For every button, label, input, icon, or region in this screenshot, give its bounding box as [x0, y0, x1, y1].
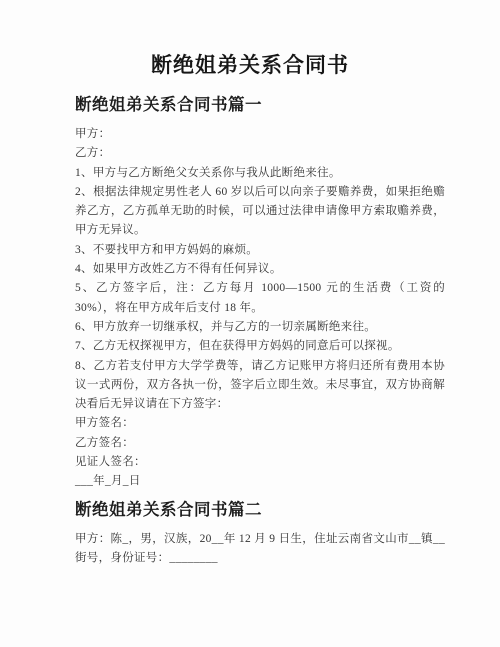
party-a-signature-line: 甲方签名：: [75, 414, 445, 433]
section-one-heading: 断绝姐弟关系合同书篇一: [75, 94, 445, 116]
party-b-label: 乙方：: [75, 144, 445, 163]
clause-7: 7、乙方无权探视甲方，但在获得甲方妈妈的同意后可以探视。: [75, 337, 445, 356]
clause-8: 8、乙方若支付甲方大学学费等，请乙方记账甲方将归还所有费用本协议一式两份，双方各…: [75, 357, 445, 415]
date-blank-line: ___年_月_日: [75, 472, 445, 491]
clause-4: 4、如果甲方改姓乙方不得有任何异议。: [75, 260, 445, 279]
party-a-info-line: 甲方：陈_，男，汉族，20__年 12 月 9 日生，住址云南省文山市__镇__…: [75, 530, 445, 569]
clause-5: 5、乙方签字后，注：乙方每月 1000—1500 元的生活费（工资的 30%），…: [75, 279, 445, 318]
section-part-one: 断绝姐弟关系合同书篇一 甲方： 乙方： 1、甲方与乙方断绝父女关系你与我从此断绝…: [75, 94, 445, 492]
witness-signature-line: 见证人签名：: [75, 453, 445, 472]
document-title: 断绝姐弟关系合同书: [0, 50, 500, 80]
clause-1: 1、甲方与乙方断绝父女关系你与我从此断绝来往。: [75, 164, 445, 183]
section-part-two: 断绝姐弟关系合同书篇二 甲方：陈_，男，汉族，20__年 12 月 9 日生，住…: [75, 499, 445, 569]
party-b-signature-line: 乙方签名：: [75, 434, 445, 453]
document-page: 断绝姐弟关系合同书 断绝姐弟关系合同书篇一 甲方： 乙方： 1、甲方与乙方断绝父…: [0, 0, 500, 647]
clause-3: 3、不要找甲方和甲方妈妈的麻烦。: [75, 241, 445, 260]
party-a-label: 甲方：: [75, 125, 445, 144]
clause-6: 6、甲方放弃一切继承权，并与乙方的一切亲属断绝来往。: [75, 318, 445, 337]
section-two-heading: 断绝姐弟关系合同书篇二: [75, 499, 445, 521]
clause-2: 2、根据法律规定男性老人 60 岁以后可以向亲子要赡养费，如果拒绝赡养乙方，乙方…: [75, 183, 445, 241]
